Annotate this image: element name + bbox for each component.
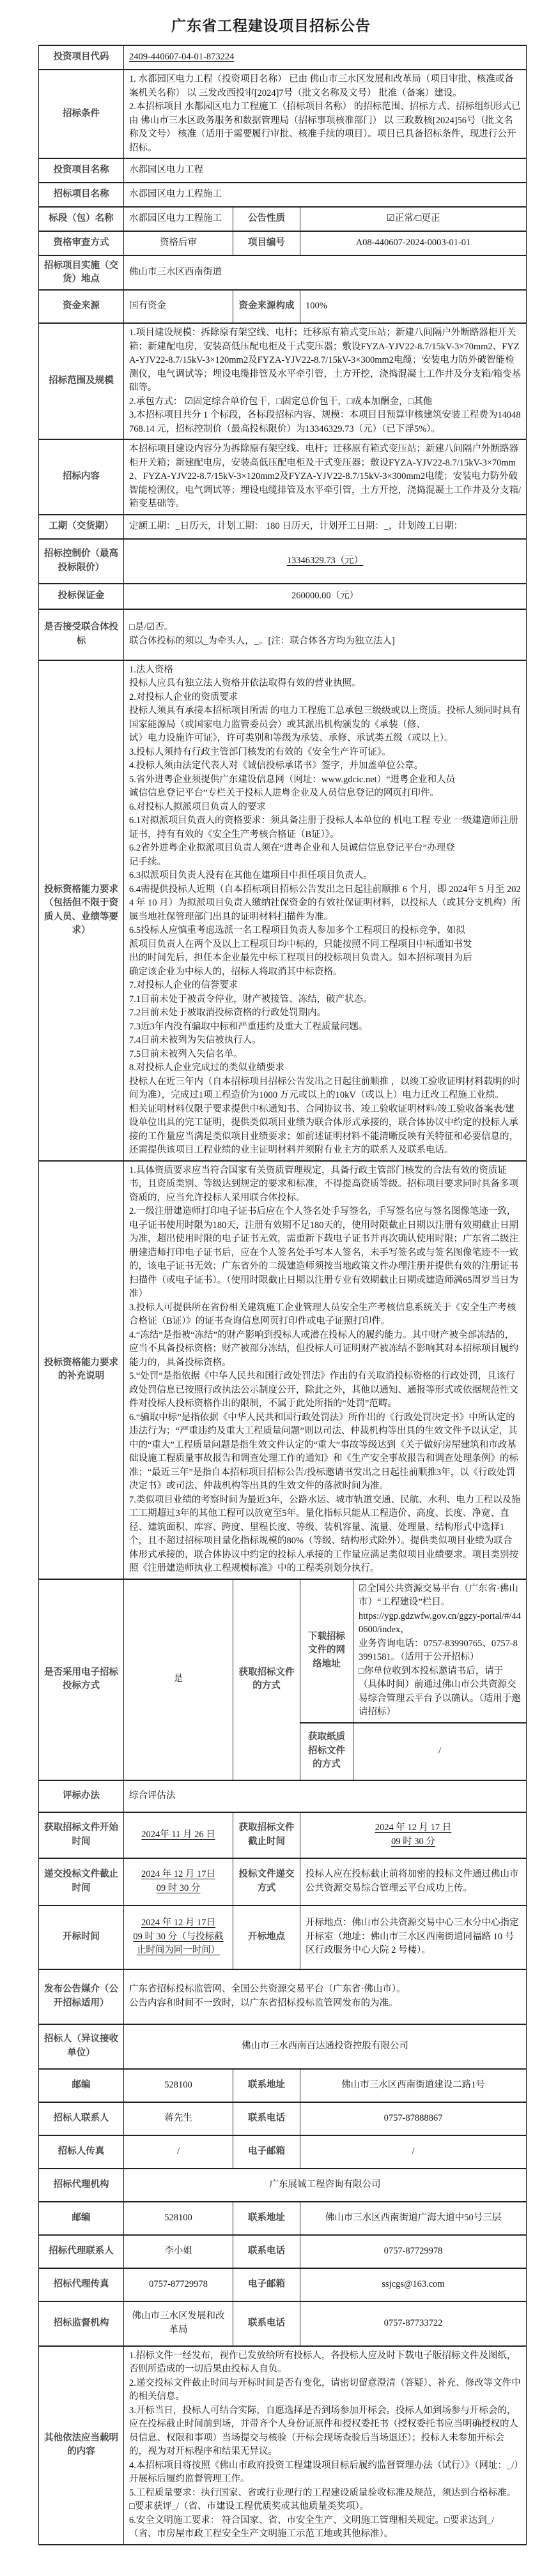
funding-label: 资金来源 xyxy=(39,290,124,323)
qualification-review-label: 资格审查方式 xyxy=(39,231,124,255)
qualification-requirements-label: 投标资格能力要求（包括但不限于资质人员、业绩等要求） xyxy=(39,660,124,1161)
agency-value: 广东展诚工程咨询有限公司 xyxy=(124,2169,527,2202)
tender-conditions-label: 招标条件 xyxy=(39,70,124,158)
row-other: 其他依法应当载明的内容 1.招标文件一经发布，视作已发放给所有投标人，各投标人应… xyxy=(39,2346,527,2545)
tender-conditions-value: 1. 水都园区电力工程（投资项目名称） 已由 佛山市三水区发展和改革局（项目审批… xyxy=(124,70,527,158)
tenderer-contact-label: 招标人联系人 xyxy=(39,2102,124,2135)
project-number-label: 项目编号 xyxy=(233,231,300,255)
tenderer-fax-value: / xyxy=(124,2135,233,2169)
doc-deadline-value: 2024 年 12 月 17 日 09 时 30 分 xyxy=(300,1812,527,1858)
tenderer-address-value: 佛山市三水区西南街道建设二路1号 xyxy=(300,2069,527,2102)
row-section-name: 标段（包）名称 水都园区电力工程施工 公告性质 ☑正常/□更正 xyxy=(39,207,527,231)
notice-nature-value: ☑正常/□更正 xyxy=(300,207,527,231)
funding-value: 国有资金 xyxy=(124,290,233,323)
row-investment-code: 投资项目代码 2409-440607-04-01-873224 xyxy=(39,45,527,70)
doc-start-time-label: 获取招标文件开始时间 xyxy=(39,1812,124,1858)
row-media: 发布公告媒介（公开招标适用） 广东省招标投标监管网、全国公共资源交易平台（广东省… xyxy=(39,1969,527,2024)
tender-project-name-label: 招标项目名称 xyxy=(39,183,124,207)
tenderer-email-label: 电子邮箱 xyxy=(233,2135,300,2169)
row-tender-project-name: 招标项目名称 水都园区电力工程施工 xyxy=(39,183,527,207)
agency-contact-value: 李小姐 xyxy=(124,2235,233,2268)
qualification-supplement-label: 投标资格能力要求的补充说明 xyxy=(39,1161,124,1579)
agency-label: 招标代理机构 xyxy=(39,2169,124,2202)
opening-time-value: 2024 年 12 月 17日 09 时 30 分（与投标截止时间为同一时间） xyxy=(124,1905,233,1969)
agency-fax-value: 0757-87729978 xyxy=(124,2268,233,2301)
row-content: 招标内容 本招标项目建设内容分为拆除原有架空线、电杆；迁移原有箱式变压站；新建八… xyxy=(39,439,527,515)
download-url-value: ☑全国公共资源交易平台（广东省·佛山市）“工程建设”栏目。 https://yg… xyxy=(353,1579,527,1723)
tenderer-postcode-value: 528100 xyxy=(124,2069,233,2102)
supervision-label: 招标监督机构 xyxy=(39,2301,124,2346)
agency-address-label: 联系地址 xyxy=(233,2202,300,2235)
notice-nature-label: 公告性质 xyxy=(233,207,300,231)
row-tenderer: 招标人（异议接收单位） 佛山市三水西南百达通投资控股有限公司 xyxy=(39,2024,527,2069)
row-agency-contact: 招标代理联系人 李小姐 联系电话 0757-87729978 xyxy=(39,2235,527,2268)
qualification-supplement-value: 1.具体资质要求应当符合国家有关资质管理规定，具备行政主管部门核发的合法有效的资… xyxy=(124,1161,527,1579)
location-label: 招标项目实施（交货）地点 xyxy=(39,255,124,290)
row-bid-bond: 投标保证金 260000.00（元） xyxy=(39,584,527,609)
agency-postcode-value: 528100 xyxy=(124,2202,233,2235)
tenderer-contact-value: 蒋先生 xyxy=(124,2102,233,2135)
agency-contact-label: 招标代理联系人 xyxy=(39,2235,124,2268)
opening-place-value: 开标地点：佛山市公共资源交易中心三水分中心指定开标室（地址：佛山市三水区西南街道… xyxy=(300,1905,527,1969)
opening-place-label: 开标地点 xyxy=(233,1905,300,1969)
row-tenderer-postcode: 邮编 528100 联系地址 佛山市三水区西南街道建设二路1号 xyxy=(39,2069,527,2102)
paper-doc-value: / xyxy=(353,1723,527,1780)
bid-bond-label: 投标保证金 xyxy=(39,584,124,609)
row-location: 招标项目实施（交货）地点 佛山市三水区西南街道 xyxy=(39,255,527,290)
content-value: 本招标项目建设内容分为拆除原有架空线、电杆；迁移原有箱式变压站；新建八间隔户外断… xyxy=(124,439,527,515)
agency-email-label: 电子邮箱 xyxy=(233,2268,300,2301)
funding-composition-label: 资金来源构成 xyxy=(233,290,300,323)
row-control-price: 招标控制价（最高投标限价） 13346329.73（元） xyxy=(39,539,527,584)
duration-label: 工期（交货期） xyxy=(39,515,124,539)
e-bidding-value: 是 xyxy=(124,1579,233,1780)
investment-name-value: 水都园区电力工程 xyxy=(124,158,527,183)
consortium-label: 是否接受联合体投标 xyxy=(39,609,124,660)
content-label: 招标内容 xyxy=(39,439,124,515)
section-name-label: 标段（包）名称 xyxy=(39,207,124,231)
tenderer-fax-label: 招标人传真 xyxy=(39,2135,124,2169)
row-qualification-requirements: 投标资格能力要求（包括但不限于资质人员、业绩等要求） 1.法人资格 投标人应具有… xyxy=(39,660,527,1161)
row-supervision: 招标监督机构 佛山市三水区发展和改革局 联系电话 0757-87733722 xyxy=(39,2301,527,2346)
tenderer-postcode-label: 邮编 xyxy=(39,2069,124,2102)
row-opening: 开标时间 2024 年 12 月 17日 09 时 30 分（与投标截止时间为同… xyxy=(39,1905,527,1969)
row-investment-name: 投资项目名称 水都园区电力工程 xyxy=(39,158,527,183)
qualification-review-value: 资格后审 xyxy=(124,231,233,255)
agency-fax-label: 招标代理传真 xyxy=(39,2268,124,2301)
media-label: 发布公告媒介（公开招标适用） xyxy=(39,1969,124,2024)
scope-label: 招标范围及规模 xyxy=(39,323,124,439)
paper-doc-label: 获取纸质招标文件的方式 xyxy=(300,1723,353,1780)
supervision-phone-label: 联系电话 xyxy=(233,2301,300,2346)
row-qualification-supplement: 投标资格能力要求的补充说明 1.具体资质要求应当符合国家有关资质管理规定，具备行… xyxy=(39,1161,527,1579)
evaluation-label: 评标办法 xyxy=(39,1780,124,1812)
row-agency-postcode: 邮编 528100 联系地址 佛山市三水区西南街道广海大道中50号三层 xyxy=(39,2202,527,2235)
media-value: 广东省招标投标监管网、全国公共资源交易平台（广东省·佛山市）。 公告内容和时间不… xyxy=(124,1969,527,2024)
announcement-page: 广东省工程建设项目招标公告 投资项目代码 2409-440607-04-01-8… xyxy=(0,0,542,2576)
e-bidding-label: 是否采用电子招标投标方式 xyxy=(39,1579,124,1780)
supervision-phone-value: 0757-87733722 xyxy=(300,2301,527,2346)
row-duration: 工期（交货期） 定额工期：_日历天，计划工期： 180 日历天，计划开工日期：_… xyxy=(39,515,527,539)
funding-composition-value: 100% xyxy=(300,290,527,323)
row-consortium: 是否接受联合体投标 □是/☑否。 联合体投标的须以_为牵头人，_。[注：联合体各… xyxy=(39,609,527,660)
investment-name-label: 投资项目名称 xyxy=(39,158,124,183)
row-tenderer-fax: 招标人传真 / 电子邮箱 / xyxy=(39,2135,527,2169)
row-doc-time: 获取招标文件开始时间 2024年 11 月 26 日 获取招标文件截止时间 20… xyxy=(39,1812,527,1858)
consortium-value: □是/☑否。 联合体投标的须以_为牵头人，_。[注：联合体各方均为独立法人] xyxy=(124,609,527,660)
other-value: 1.招标文件一经发布，视作已发放给所有投标人，各投标人应及时下载电子版招标文件及… xyxy=(124,2346,527,2545)
bid-bond-value: 260000.00（元） xyxy=(124,584,527,609)
investment-code-label: 投资项目代码 xyxy=(39,45,124,70)
section-name-value: 水都园区电力工程施工 xyxy=(124,207,233,231)
tenderer-value: 佛山市三水西南百达通投资控股有限公司 xyxy=(124,2024,527,2069)
agency-phone-value: 0757-87729978 xyxy=(300,2235,527,2268)
agency-postcode-label: 邮编 xyxy=(39,2202,124,2235)
supervision-value: 佛山市三水区发展和改革局 xyxy=(124,2301,233,2346)
location-value: 佛山市三水区西南街道 xyxy=(124,255,527,290)
row-scope: 招标范围及规模 1.项目建设规模：拆除原有架空线、电杆；迁移原有箱式变压站；新建… xyxy=(39,323,527,439)
row-evaluation: 评标办法 综合评估法 xyxy=(39,1780,527,1812)
duration-value: 定额工期：_日历天，计划工期： 180 日历天，计划开工日期：_，计划竣工日期： xyxy=(124,515,527,539)
agency-address-value: 佛山市三水区西南街道广海大道中50号三层 xyxy=(300,2202,527,2235)
tender-project-name-value: 水都园区电力工程施工 xyxy=(124,183,527,207)
row-qualification-review: 资格审查方式 资格后审 项目编号 A08-440607-2024-0003-01… xyxy=(39,231,527,255)
scope-value: 1.项目建设规模：拆除原有架空线、电杆；迁移原有箱式变压站；新建八间隔户外断路器… xyxy=(124,323,527,439)
tenderer-address-label: 联系地址 xyxy=(233,2069,300,2102)
evaluation-value: 综合评估法 xyxy=(124,1780,527,1812)
project-number-value: A08-440607-2024-0003-01-01 xyxy=(300,231,527,255)
control-price-value: 13346329.73（元） xyxy=(124,539,527,584)
agency-phone-label: 联系电话 xyxy=(233,2235,300,2268)
submission-deadline-label: 递交投标文件截止时间 xyxy=(39,1858,124,1905)
row-tenderer-contact: 招标人联系人 蒋先生 联系电话 0757-87888867 xyxy=(39,2102,527,2135)
row-funding: 资金来源 国有资金 资金来源构成 100% xyxy=(39,290,527,323)
tenderer-phone-value: 0757-87888867 xyxy=(300,2102,527,2135)
doc-start-time-value: 2024年 11 月 26 日 xyxy=(124,1812,233,1858)
investment-code-value: 2409-440607-04-01-873224 xyxy=(124,45,527,70)
tenderer-phone-label: 联系电话 xyxy=(233,2102,300,2135)
row-e-bidding: 是否采用电子招标投标方式 是 获取招标文件的方式 下载招标文件的网络地址 ☑全国… xyxy=(39,1579,527,1723)
agency-email-value: ssjcgs@163.com xyxy=(300,2268,527,2301)
qualification-requirements-value: 1.法人资格 投标人应具有独立法人资格并依法取得有效的营业执照。 2.对投标人企… xyxy=(124,660,527,1161)
row-tender-conditions: 招标条件 1. 水都园区电力工程（投资项目名称） 已由 佛山市三水区发展和改革局… xyxy=(39,70,527,158)
row-agency: 招标代理机构 广东展诚工程咨询有限公司 xyxy=(39,2169,527,2202)
submission-deadline-value: 2024 年 12 月 17日 09 时 30 分 xyxy=(124,1858,233,1905)
download-url-label: 下载招标文件的网络地址 xyxy=(300,1579,353,1723)
control-price-label: 招标控制价（最高投标限价） xyxy=(39,539,124,584)
tenderer-email-value: / xyxy=(300,2135,527,2169)
page-title: 广东省工程建设项目招标公告 xyxy=(0,14,542,35)
submission-method-value: 投标人应在投标截止前将加密的投标文件通过佛山市公共资源交易综合管理云平台成功上传… xyxy=(300,1858,527,1905)
row-agency-fax: 招标代理传真 0757-87729978 电子邮箱 ssjcgs@163.com xyxy=(39,2268,527,2301)
doc-obtain-method-label: 获取招标文件的方式 xyxy=(233,1579,300,1780)
row-submission: 递交投标文件截止时间 2024 年 12 月 17日 09 时 30 分 投标文… xyxy=(39,1858,527,1905)
submission-method-label: 投标文件递交方式 xyxy=(233,1858,300,1905)
other-label: 其他依法应当载明的内容 xyxy=(39,2346,124,2545)
doc-deadline-label: 获取招标文件截止时间 xyxy=(233,1812,300,1858)
tenderer-label: 招标人（异议接收单位） xyxy=(39,2024,124,2069)
opening-time-label: 开标时间 xyxy=(39,1905,124,1969)
announcement-table: 投资项目代码 2409-440607-04-01-873224 招标条件 1. … xyxy=(38,45,527,2545)
